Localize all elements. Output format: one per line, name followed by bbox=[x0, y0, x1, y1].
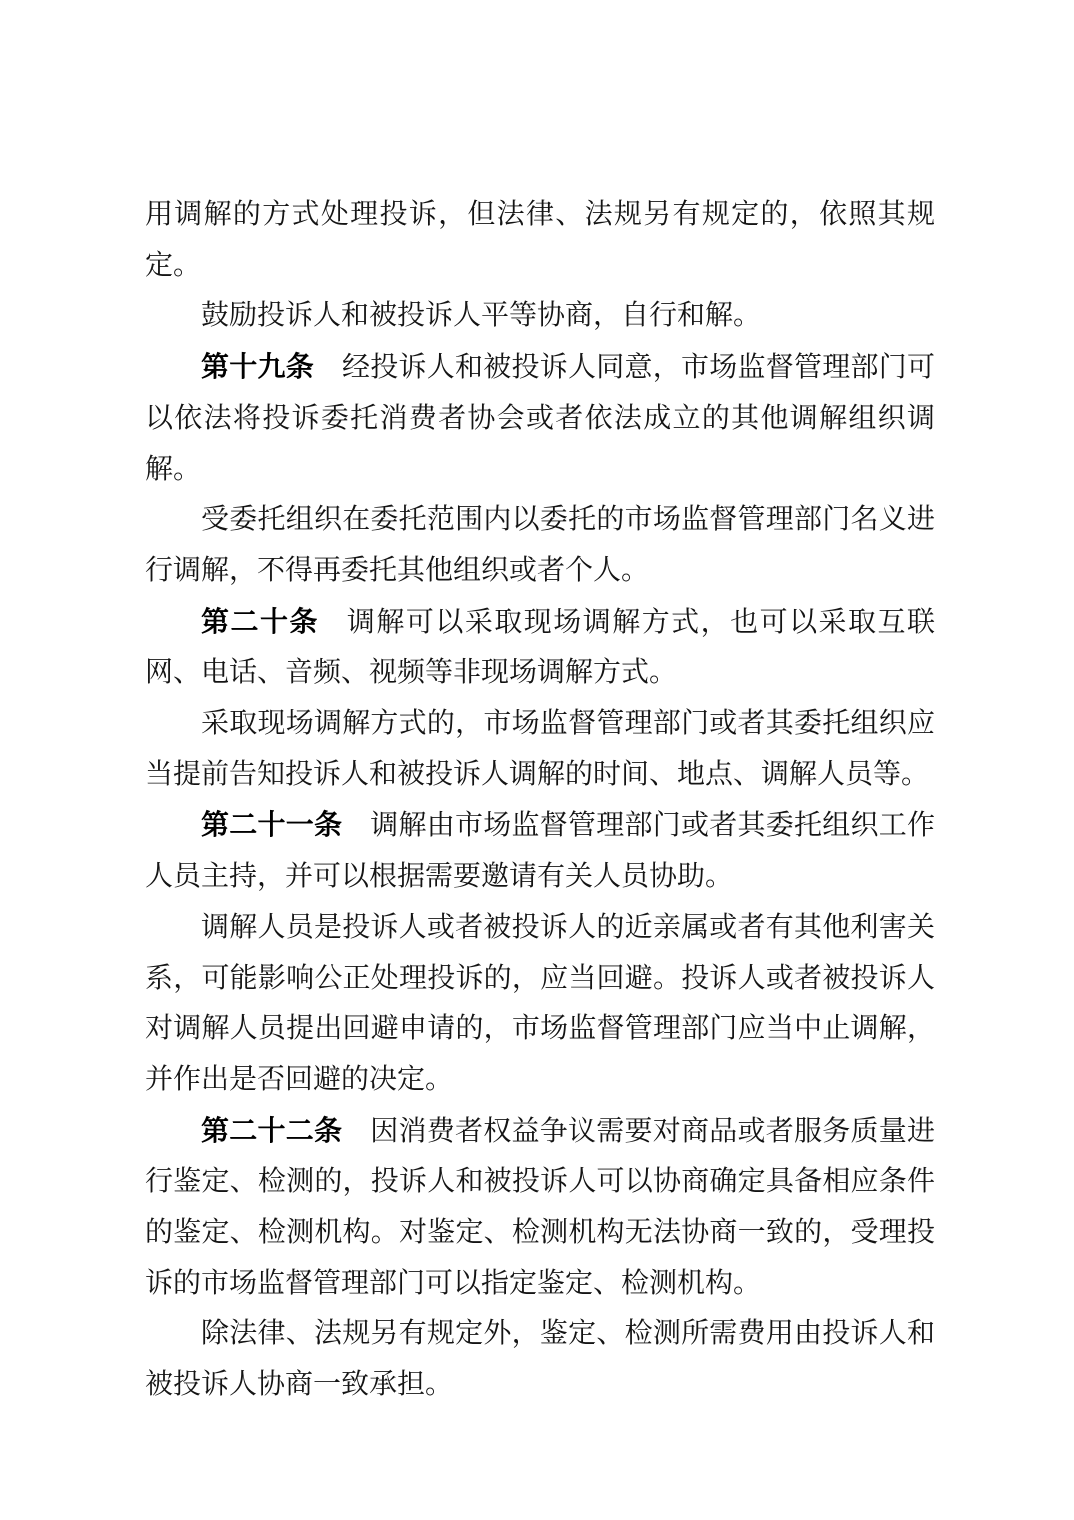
paragraph: 鼓励投诉人和被投诉人平等协商，自行和解。 bbox=[145, 291, 935, 342]
paragraph-text: 鼓励投诉人和被投诉人平等协商，自行和解。 bbox=[201, 300, 761, 331]
paragraph: 第二十一条调解由市场监督管理部门或者其委托组织工作人员主持，并可以根据需要邀请有… bbox=[145, 800, 935, 902]
paragraph: 受委托组织在委托范围内以委托的市场监督管理部门名义进行调解，不得再委托其他组织或… bbox=[145, 495, 935, 596]
paragraph: 第二十条调解可以采取现场调解方式，也可以采取互联网、电话、音频、视频等非现场调解… bbox=[145, 597, 935, 699]
paragraph: 第十九条经投诉人和被投诉人同意，市场监督管理部门可以依法将投诉委托消费者协会或者… bbox=[145, 342, 935, 495]
paragraph: 用调解的方式处理投诉，但法律、法规另有规定的，依照其规定。 bbox=[145, 190, 935, 291]
document-body: 用调解的方式处理投诉，但法律、法规另有规定的，依照其规定。鼓励投诉人和被投诉人平… bbox=[145, 190, 935, 1411]
paragraph-text: 用调解的方式处理投诉，但法律、法规另有规定的，依照其规定。 bbox=[145, 199, 935, 281]
paragraph-text: 采取现场调解方式的，市场监督管理部门或者其委托组织应当提前告知投诉人和被投诉人调… bbox=[145, 708, 935, 790]
paragraph-text: 调解人员是投诉人或者被投诉人的近亲属或者有其他利害关系，可能影响公正处理投诉的，… bbox=[145, 912, 935, 1095]
article-number: 第二十二条 bbox=[201, 1115, 342, 1146]
paragraph: 采取现场调解方式的，市场监督管理部门或者其委托组织应当提前告知投诉人和被投诉人调… bbox=[145, 699, 935, 800]
paragraph: 除法律、法规另有规定外，鉴定、检测所需费用由投诉人和被投诉人协商一致承担。 bbox=[145, 1309, 935, 1410]
document-page: 用调解的方式处理投诉，但法律、法规另有规定的，依照其规定。鼓励投诉人和被投诉人平… bbox=[0, 0, 1074, 1520]
article-number: 第二十一条 bbox=[201, 809, 342, 840]
paragraph-text: 受委托组织在委托范围内以委托的市场监督管理部门名义进行调解，不得再委托其他组织或… bbox=[145, 504, 935, 586]
paragraph: 调解人员是投诉人或者被投诉人的近亲属或者有其他利害关系，可能影响公正处理投诉的，… bbox=[145, 903, 935, 1106]
article-number: 第十九条 bbox=[201, 351, 314, 382]
paragraph-text: 除法律、法规另有规定外，鉴定、检测所需费用由投诉人和被投诉人协商一致承担。 bbox=[145, 1318, 935, 1400]
article-number: 第二十条 bbox=[201, 606, 319, 637]
paragraph: 第二十二条因消费者权益争议需要对商品或者服务质量进行鉴定、检测的，投诉人和被投诉… bbox=[145, 1106, 935, 1310]
